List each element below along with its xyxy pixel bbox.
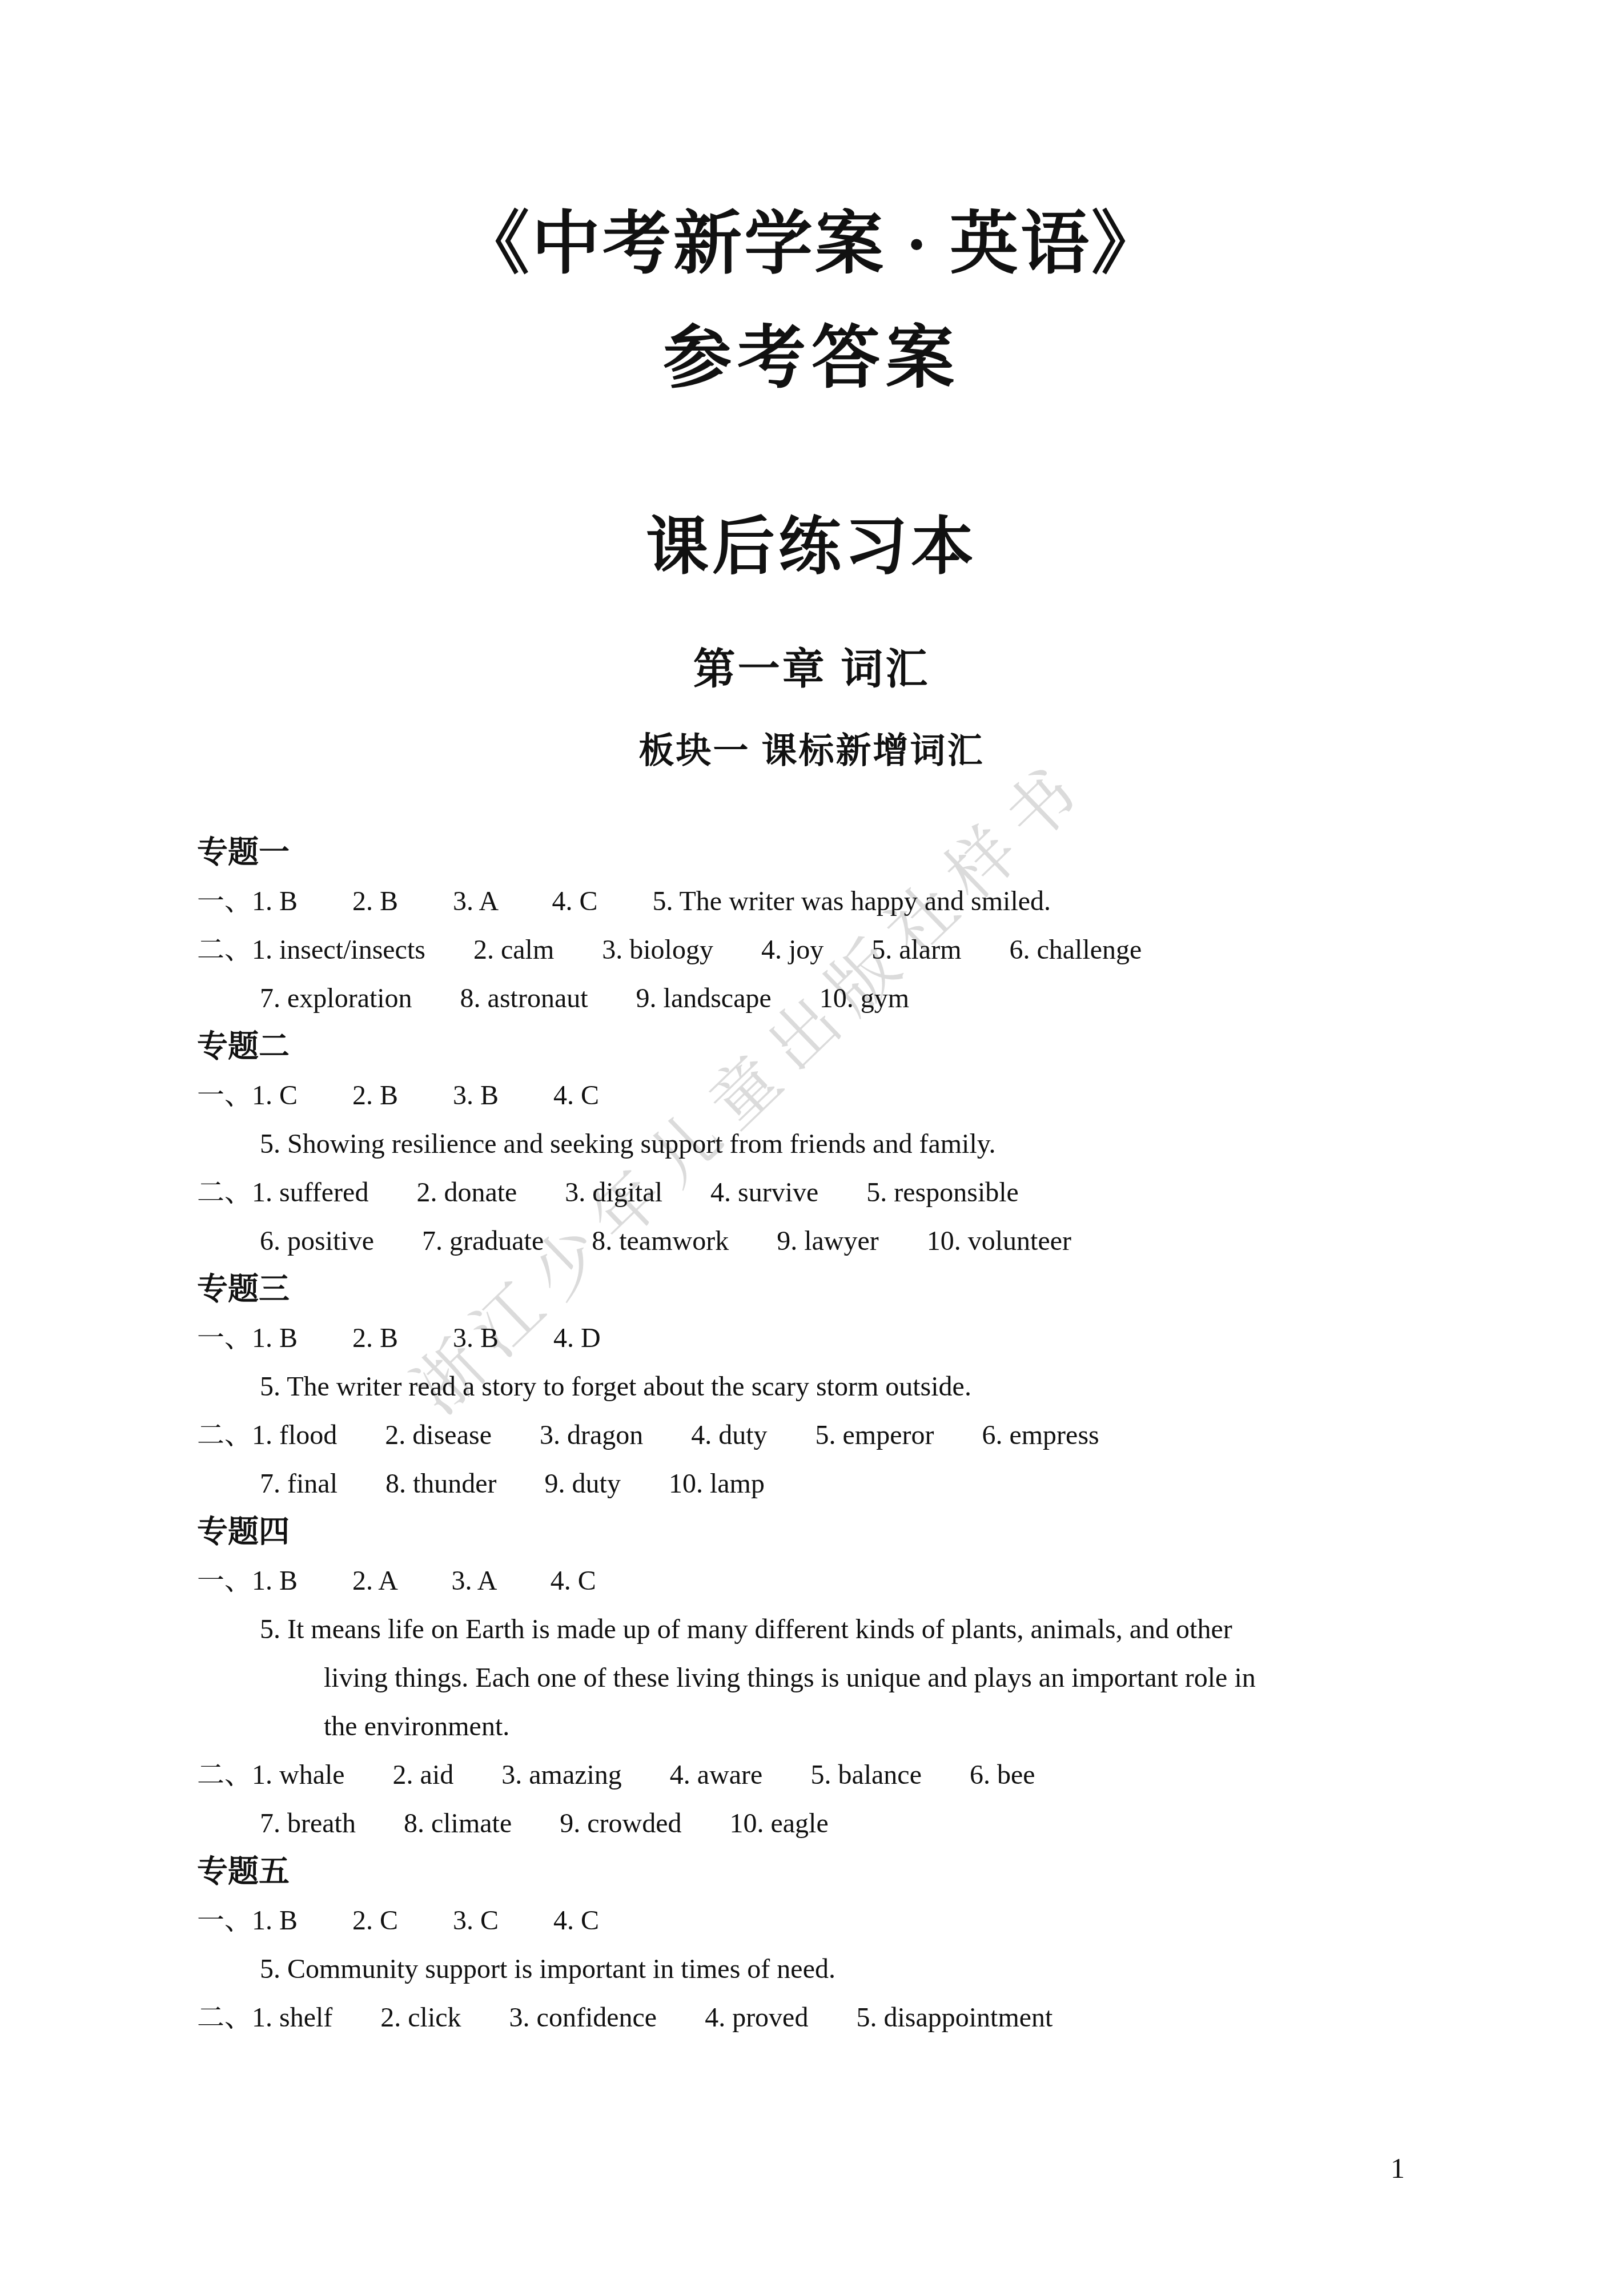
answer-line: 5. It means life on Earth is made up of … — [197, 1605, 1452, 1654]
page-number: 1 — [1391, 2154, 1405, 2182]
answer-line: 一、1. B 2. B 3. A 4. C 5. The writer was … — [197, 877, 1452, 926]
topic-heading: 专题一 — [197, 829, 1452, 877]
topic-heading: 专题二 — [197, 1023, 1452, 1071]
answer-line: 二、1. whale 2. aid 3. amazing 4. aware 5.… — [197, 1751, 1452, 1799]
answer-line: 7. breath 8. climate 9. crowded 10. eagl… — [197, 1799, 1452, 1848]
answer-line: 5. Community support is important in tim… — [197, 1945, 1452, 1993]
topic-heading: 专题三 — [197, 1265, 1452, 1314]
answer-lines: 专题一一、1. B 2. B 3. A 4. C 5. The writer w… — [0, 829, 1623, 2042]
answer-line: living things. Each one of these living … — [197, 1654, 1452, 1702]
answer-line: 一、1. C 2. B 3. B 4. C — [197, 1071, 1452, 1120]
answer-line: 5. The writer read a story to forget abo… — [197, 1362, 1452, 1411]
answer-line: 一、1. B 2. A 3. A 4. C — [197, 1557, 1452, 1605]
book-title: 《中考新学案 · 英语》 — [0, 0, 1623, 279]
document-page: 浙江少年儿童出版社样书 《中考新学案 · 英语》 参考答案 课后练习本 第一章 … — [0, 0, 1623, 2296]
chapter-title: 第一章 词汇 — [0, 648, 1623, 690]
answer-line: 一、1. B 2. B 3. B 4. D — [197, 1314, 1452, 1362]
answer-line: 7. exploration 8. astronaut 9. landscape… — [197, 974, 1452, 1023]
answer-line: 7. final 8. thunder 9. duty 10. lamp — [197, 1459, 1452, 1508]
answer-line: 二、1. flood 2. disease 3. dragon 4. duty … — [197, 1411, 1452, 1459]
page-content: 《中考新学案 · 英语》 参考答案 课后练习本 第一章 词汇 板块一 课标新增词… — [0, 0, 1623, 2042]
topic-heading: 专题四 — [197, 1508, 1452, 1557]
answer-key-title: 参考答案 — [0, 324, 1623, 393]
answer-line: 二、1. shelf 2. click 3. confidence 4. pro… — [197, 1993, 1452, 2042]
topic-heading: 专题五 — [197, 1848, 1452, 1896]
answer-line: 5. Showing resilience and seeking suppor… — [197, 1120, 1452, 1168]
answer-line: 二、1. insect/insects 2. calm 3. biology 4… — [197, 926, 1452, 974]
answer-line: 二、1. suffered 2. donate 3. digital 4. su… — [197, 1168, 1452, 1217]
section-title: 课后练习本 — [0, 516, 1623, 578]
answer-line: the environment. — [197, 1702, 1452, 1751]
answer-line: 一、1. B 2. C 3. C 4. C — [197, 1896, 1452, 1945]
module-title: 板块一 课标新增词汇 — [0, 734, 1623, 769]
answer-line: 6. positive 7. graduate 8. teamwork 9. l… — [197, 1217, 1452, 1265]
